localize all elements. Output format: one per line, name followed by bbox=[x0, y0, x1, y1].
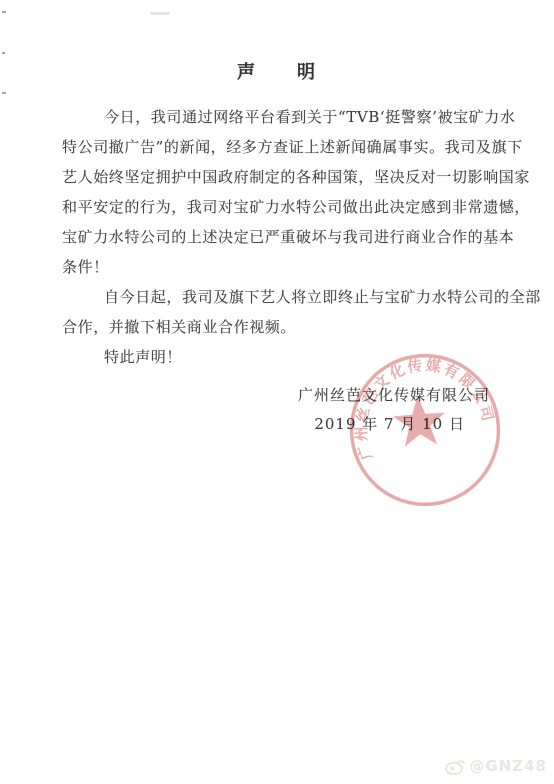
weibo-logo-icon bbox=[445, 758, 465, 775]
svg-text:广州丝芭文化传媒有限公司: 广州丝芭文化传媒有限公司 bbox=[348, 351, 500, 463]
seal-arc-text: 广州丝芭文化传媒有限公司 bbox=[348, 351, 500, 463]
star-icon bbox=[392, 394, 447, 448]
company-seal: 广州丝芭文化传媒有限公司 bbox=[342, 346, 509, 514]
scan-artifact bbox=[2, 11, 6, 13]
company-seal-graphic: 广州丝芭文化传媒有限公司 bbox=[342, 346, 509, 514]
statement-line: 艺人始终坚定拥护中国政府制定的各种国策，坚决反对一切影响国家 bbox=[62, 162, 494, 192]
statement-line: 条件！ bbox=[62, 252, 494, 282]
scanned-statement-page: 声 明 今日，我司通过网络平台看到关于“TVB‘挺警察’被宝矿力水 特公司撤广告… bbox=[0, 0, 554, 784]
statement-line: 合作，并撤下相关商业合作视频。 bbox=[62, 312, 494, 342]
statement-line: 特公司撤广告”的新闻，经多方查证上述新闻确属事实。我司及旗下 bbox=[62, 132, 494, 162]
statement-body: 今日，我司通过网络平台看到关于“TVB‘挺警察’被宝矿力水 特公司撤广告”的新闻… bbox=[62, 102, 494, 372]
statement-line: 自今日起，我司及旗下艺人将立即终止与宝矿力水特公司的全部 bbox=[62, 282, 494, 312]
scan-artifact bbox=[2, 52, 5, 54]
statement-line: 和平安定的行为，我司对宝矿力水特公司做出此决定感到非常遗憾， bbox=[62, 192, 494, 222]
statement-line: 今日，我司通过网络平台看到关于“TVB‘挺警察’被宝矿力水 bbox=[62, 102, 494, 132]
page-title: 声 明 bbox=[0, 58, 554, 84]
scan-artifact bbox=[2, 92, 6, 94]
watermark-text: @GNZ48 bbox=[469, 757, 547, 775]
scan-smudge bbox=[150, 12, 170, 15]
gnz48-watermark: @GNZ48 bbox=[445, 757, 547, 775]
statement-line: 宝矿力水特公司的上述决定已严重破坏与我司进行商业合作的基本 bbox=[62, 222, 494, 252]
